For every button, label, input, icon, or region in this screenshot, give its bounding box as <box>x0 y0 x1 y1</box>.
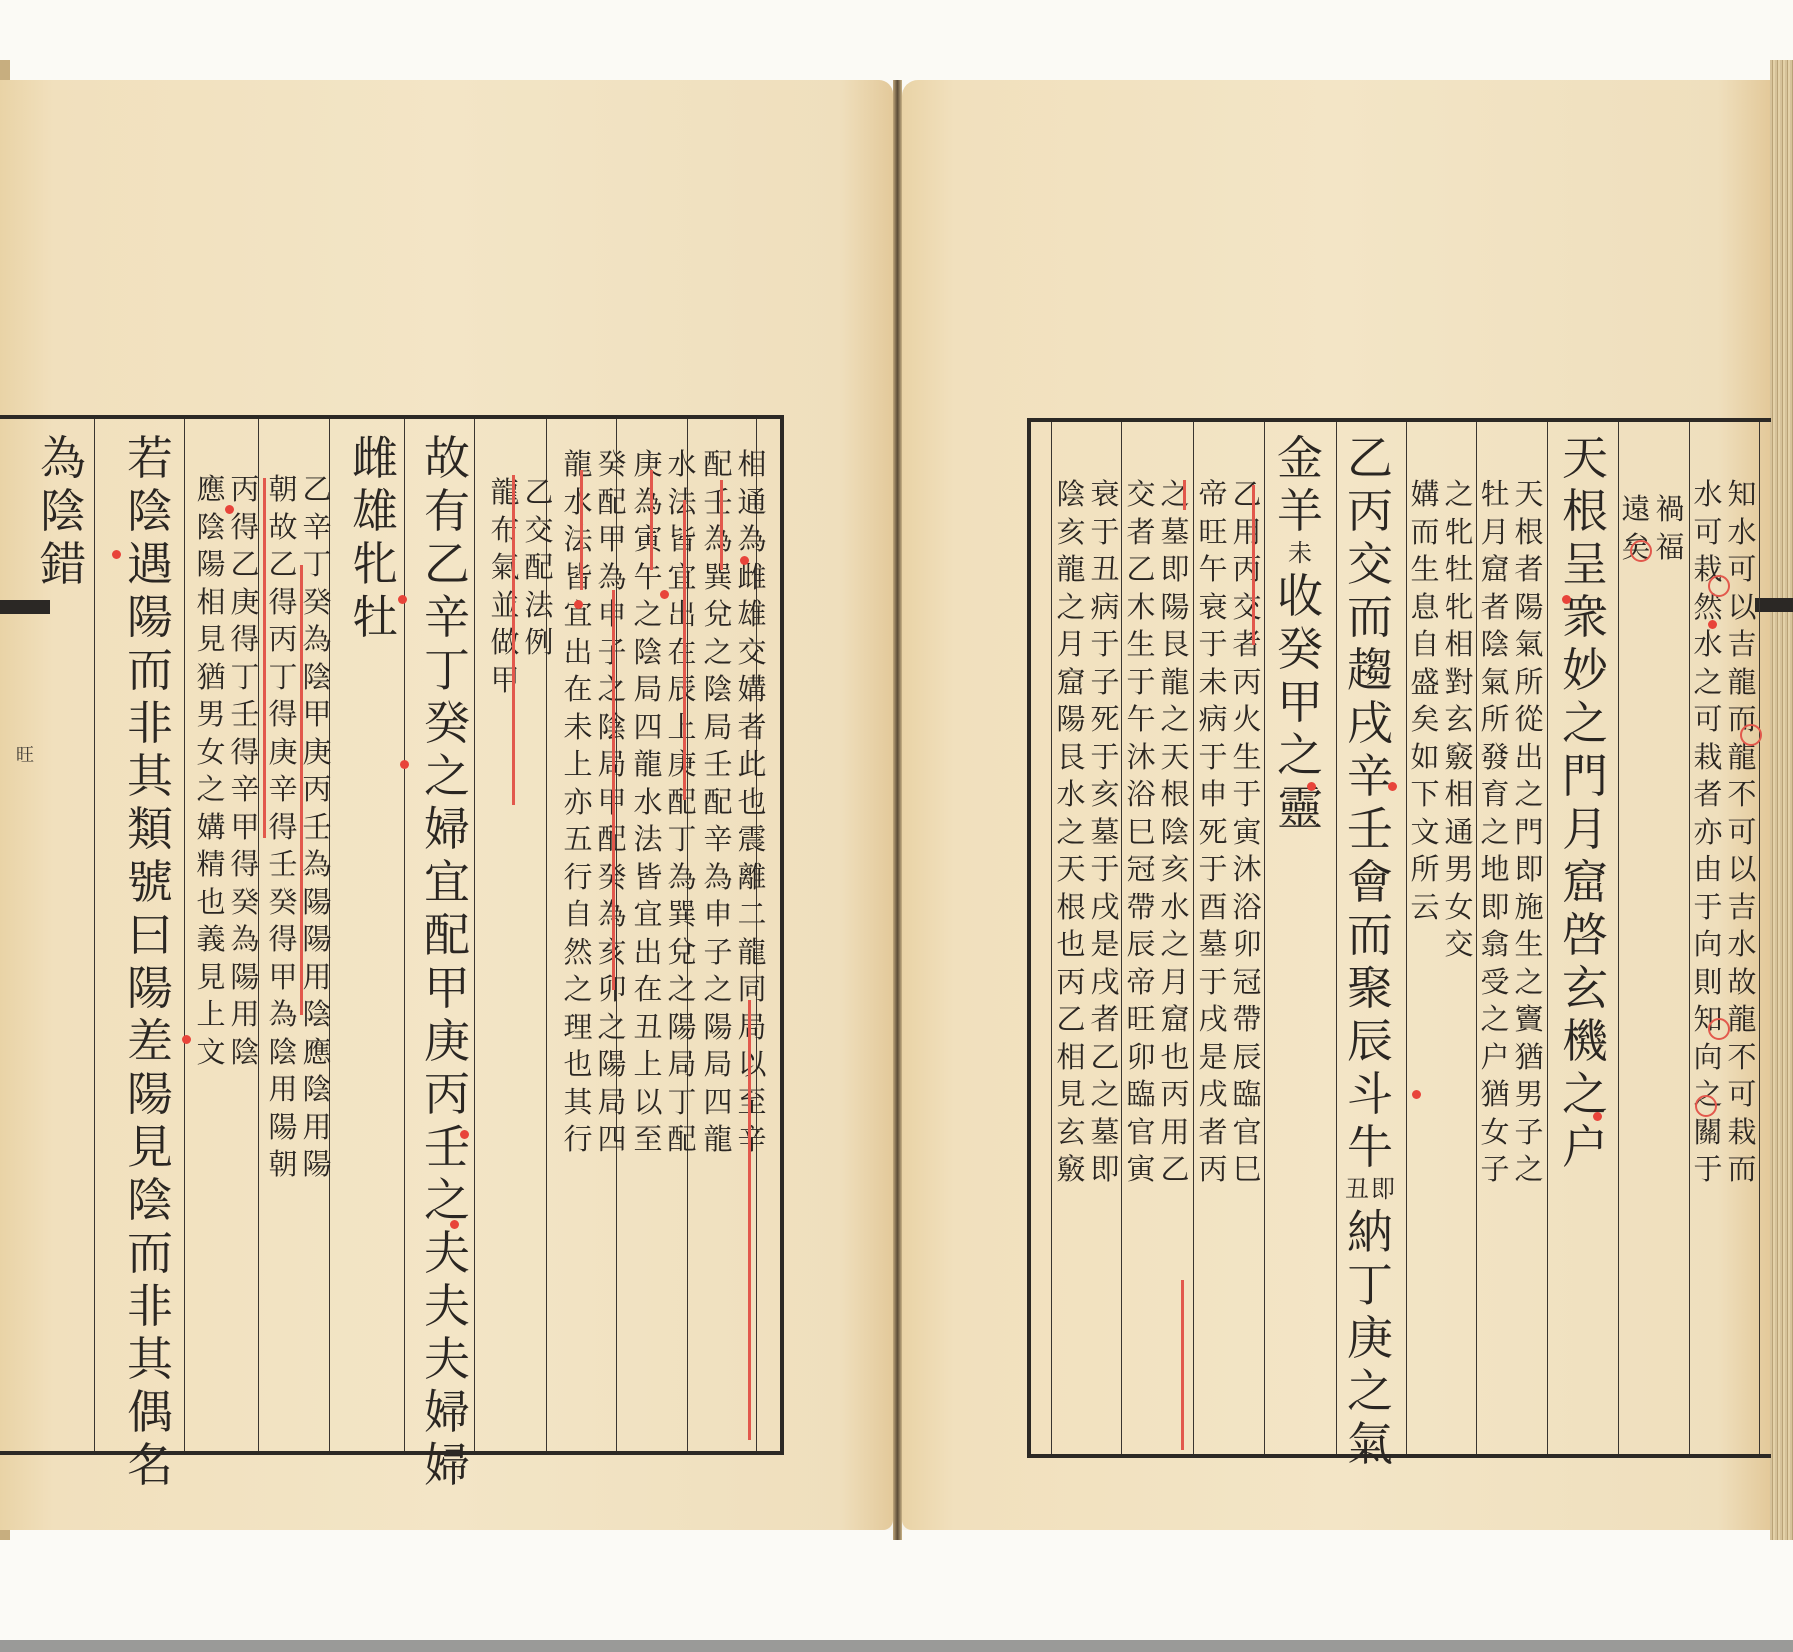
red-circle-mark <box>1740 724 1762 746</box>
red-proper-noun-line <box>612 590 615 990</box>
glyph: 同 <box>737 975 766 1013</box>
glyph: 根 <box>1056 893 1085 931</box>
glyph: 媾 <box>196 813 225 851</box>
glyph: 法 <box>667 488 696 526</box>
glyph: 在 <box>667 638 696 676</box>
glyph: 水 <box>1727 930 1756 968</box>
glyph: 為 <box>703 863 732 901</box>
glyph: 門 <box>1514 818 1543 856</box>
glyph: 竅 <box>1056 1155 1085 1193</box>
glyph: 受 <box>1480 968 1509 1006</box>
glyph: 陽 <box>127 1071 173 1124</box>
glyph: 云 <box>1410 893 1439 931</box>
glyph: 出 <box>563 638 592 676</box>
glyph: 皆 <box>563 563 592 601</box>
glyph: 施 <box>1514 893 1543 931</box>
commentary-subline: 乙辛丁癸為陰甲庚丙壬為陽陽用陰應陰用陽 <box>300 475 334 1188</box>
glyph: 陽 <box>302 888 331 926</box>
glyph: 竅 <box>1444 743 1473 781</box>
glyph: 辛 <box>737 1125 766 1163</box>
red-proper-noun-line <box>512 475 515 805</box>
glyph: 育 <box>1480 780 1509 818</box>
glyph: 故 <box>268 513 297 551</box>
red-dot <box>1708 620 1717 629</box>
glyph: 陽 <box>127 594 173 647</box>
commentary-column: 癸配甲為申子之陰局甲配癸為亥卯之陽局四龍水法皆宜出在未上亦五行自然之理也其行 <box>561 450 629 1163</box>
glyph: 于 <box>1693 893 1722 931</box>
glyph: 者 <box>1480 593 1509 631</box>
glyph: 可 <box>1693 518 1722 556</box>
glyph: 震 <box>737 825 766 863</box>
glyph: 向 <box>1693 1043 1722 1081</box>
commentary-column: 衰于丑病于子死于亥墓于戌是戌者乙之墓即陰亥龍之月窟陽艮水之天根也丙乙相見玄竅 <box>1054 480 1122 1193</box>
glyph: 乙 <box>1056 1005 1085 1043</box>
glyph: 以 <box>1727 593 1756 631</box>
glyph: 庚 <box>230 588 259 626</box>
glyph: 月 <box>1562 806 1608 859</box>
commentary-column: 禍福遠矣 <box>1619 495 1687 570</box>
red-proper-noun-line <box>263 478 266 838</box>
glyph: 玄 <box>1444 705 1473 743</box>
glyph: 癸 <box>268 888 297 926</box>
glyph: 之 <box>1347 1368 1393 1421</box>
commentary-subline: 陰亥龍之月窟陽艮水之天根也丙乙相見玄竅 <box>1054 480 1088 1193</box>
background-strip <box>0 1640 1793 1652</box>
glyph: 之 <box>424 753 470 806</box>
glyph: 于 <box>1198 743 1227 781</box>
glyph: 夫 <box>424 1283 470 1336</box>
glyph: 于 <box>1126 668 1155 706</box>
glyph: 女 <box>196 738 225 776</box>
glyph: 上 <box>633 1050 662 1088</box>
glyph: 甲 <box>597 525 626 563</box>
glyph: 下 <box>1410 780 1439 818</box>
glyph: 機 <box>1562 1018 1608 1071</box>
glyph: 氣 <box>1514 630 1543 668</box>
glyph: 陽 <box>1056 705 1085 743</box>
glyph: 乙 <box>230 550 259 588</box>
glyph: 通 <box>1444 818 1473 856</box>
commentary-subline: 水法皆宜出在辰上庚配丁為巽兌之陽局丁配 <box>665 450 699 1163</box>
glyph: 沐 <box>1126 743 1155 781</box>
glyph: 帝 <box>1126 968 1155 1006</box>
commentary-subline: 龍布氣並做甲 <box>488 478 522 703</box>
glyph: 月 <box>1160 968 1189 1006</box>
background-bottom <box>0 1530 1793 1652</box>
commentary-subline: 乙交配法例 <box>522 478 556 666</box>
glyph: 丙 <box>1347 488 1393 541</box>
glyph: 以 <box>1727 855 1756 893</box>
glyph: 牡 <box>1444 555 1473 593</box>
glyph: 墓 <box>1090 818 1119 856</box>
glyph: 之 <box>1090 1080 1119 1118</box>
commentary-subline: 天根者陽氣所從出之門即施生之竇猶男子之 <box>1512 480 1546 1193</box>
glyph: 戌 <box>1090 893 1119 931</box>
commentary-subline: 禍福 <box>1653 495 1687 570</box>
commentary-subline: 龍水法皆宜出在未上亦五行自然之理也其行 <box>561 450 595 1163</box>
glyph: 丑 <box>633 1013 662 1051</box>
glyph: 子 <box>703 938 732 976</box>
glyph: 水 <box>633 788 662 826</box>
glyph: 死 <box>1090 705 1119 743</box>
glyph: 之 <box>1514 780 1543 818</box>
glyph: 即 <box>1514 855 1543 893</box>
glyph: 乙 <box>302 475 331 513</box>
glyph: 為 <box>633 488 662 526</box>
glyph: 牝 <box>352 541 398 594</box>
glyph: 之 <box>563 975 592 1013</box>
glyph: 衰 <box>1090 480 1119 518</box>
glyph: 之 <box>424 1177 470 1230</box>
glyph: 戌 <box>1198 1005 1227 1043</box>
glyph: 陰 <box>230 1038 259 1076</box>
glyph: 卯 <box>1126 1043 1155 1081</box>
glyph: 陽 <box>196 550 225 588</box>
glyph: 差 <box>127 1018 173 1071</box>
commentary-subline: 乙用丙交者丙火生于寅沐浴卯冠帶辰臨官巳 <box>1230 480 1264 1193</box>
red-dot <box>400 760 409 769</box>
commentary-subline: 朝故乙得丙丁得庚辛得壬癸得甲為陰用陽朝 <box>266 475 300 1188</box>
red-dot <box>398 595 407 604</box>
glyph: 朝 <box>268 1150 297 1188</box>
glyph: 如 <box>1410 743 1439 781</box>
glyph: 至 <box>633 1125 662 1163</box>
glyph: 用 <box>268 1075 297 1113</box>
glyph: 龍 <box>1727 668 1756 706</box>
glyph: 陽 <box>597 1050 626 1088</box>
glyph: 子 <box>1514 1118 1543 1156</box>
glyph: 所 <box>1410 855 1439 893</box>
red-circle-mark <box>1630 540 1652 562</box>
glyph: 于 <box>1090 518 1119 556</box>
red-dot <box>574 600 583 609</box>
background-top <box>0 0 1793 90</box>
glyph: 是 <box>1090 930 1119 968</box>
glyph: 相 <box>1444 780 1473 818</box>
glyph: 水 <box>667 450 696 488</box>
glyph: 門 <box>1562 753 1608 806</box>
glyph: 也 <box>737 788 766 826</box>
glyph: 病 <box>1090 593 1119 631</box>
glyph: 乙 <box>1160 1155 1189 1193</box>
glyph: 衰 <box>1198 593 1227 631</box>
glyph: 于 <box>1693 1155 1722 1193</box>
commentary-column: 天根者陽氣所從出之門即施生之竇猶男子之牡月窟者陰氣所發育之地即翕受之户猶女子 <box>1478 480 1546 1193</box>
glyph: 見 <box>196 625 225 663</box>
glyph: 陰 <box>703 675 732 713</box>
glyph: 夫 <box>424 1336 470 1389</box>
glyph: 龍 <box>633 750 662 788</box>
main-text-column: 金羊未收癸甲之靈 <box>1274 435 1326 838</box>
glyph: 乙 <box>1090 1043 1119 1081</box>
glyph: 丁 <box>667 825 696 863</box>
glyph: 月 <box>1480 518 1509 556</box>
glyph: 丁 <box>424 647 470 700</box>
glyph: 斗 <box>1347 1071 1393 1124</box>
glyph: 四 <box>597 1125 626 1163</box>
glyph: 類 <box>127 806 173 859</box>
glyph: 者 <box>1514 555 1543 593</box>
commentary-column: 乙交配法例龍布氣並做甲 <box>488 478 556 703</box>
glyph: 婦 <box>424 1389 470 1442</box>
red-dot <box>1412 1090 1421 1099</box>
glyph: 相 <box>1444 630 1473 668</box>
glyph: 酉 <box>1198 893 1227 931</box>
glyph: 在 <box>563 675 592 713</box>
glyph: 其 <box>563 1088 592 1126</box>
glyph: 福 <box>1655 533 1684 571</box>
glyph: 兌 <box>667 938 696 976</box>
glyph: 户 <box>1562 1124 1608 1177</box>
glyph: 為 <box>40 435 86 488</box>
glyph: 生 <box>1514 930 1543 968</box>
glyph: 冠 <box>1232 968 1261 1006</box>
glyph: 女 <box>1480 1118 1509 1156</box>
glyph: 水 <box>1160 893 1189 931</box>
glyph: 並 <box>490 591 519 629</box>
glyph: 竇 <box>1514 1005 1543 1043</box>
glyph: 夫 <box>424 1230 470 1283</box>
glyph: 文 <box>196 1038 225 1076</box>
glyph: 自 <box>563 900 592 938</box>
commentary-subline: 之墓即陽艮龍之天根陰亥水之月窟也丙用乙 <box>1158 480 1192 1193</box>
glyph: 牡 <box>1480 480 1509 518</box>
glyph: 臨 <box>1232 1080 1261 1118</box>
glyph: 官 <box>1232 1118 1261 1156</box>
glyph: 丑 <box>1090 555 1119 593</box>
commentary-subline: 衰于丑病于子死于亥墓于戌是戌者乙之墓即 <box>1088 480 1122 1193</box>
glyph: 得 <box>230 625 259 663</box>
glyph: 猶 <box>1514 1043 1543 1081</box>
glyph: 即 <box>1160 555 1189 593</box>
glyph: 局 <box>667 1050 696 1088</box>
glyph: 巳 <box>1232 1155 1261 1193</box>
glyph: 宜 <box>424 859 470 912</box>
glyph: 是 <box>1198 1043 1227 1081</box>
glyph: 會 <box>1347 859 1393 912</box>
glyph: 窟 <box>1480 555 1509 593</box>
glyph: 陰 <box>1160 818 1189 856</box>
glyph: 行 <box>563 863 592 901</box>
glyph: 局 <box>703 1050 732 1088</box>
glyph: 帝 <box>1198 480 1227 518</box>
main-text-column: 天根呈衆妙之門月窟啓玄機之户 <box>1559 435 1611 1177</box>
glyph: 而 <box>127 1230 173 1283</box>
glyph: 得 <box>268 588 297 626</box>
glyph: 于 <box>1198 968 1227 1006</box>
glyph: 之 <box>196 775 225 813</box>
book-spine <box>893 80 902 1540</box>
glyph: 發 <box>1480 743 1509 781</box>
glyph: 于 <box>1232 780 1261 818</box>
glyph: 所 <box>1480 705 1509 743</box>
glyph: 窟 <box>1562 859 1608 912</box>
glyph: 丁 <box>302 550 331 588</box>
glyph: 非 <box>127 700 173 753</box>
glyph: 丙 <box>1232 668 1261 706</box>
glyph: 午 <box>1126 705 1155 743</box>
glyph: 旺 <box>1198 518 1227 556</box>
glyph: 可 <box>1727 818 1756 856</box>
glyph: 陰 <box>268 1038 297 1076</box>
glyph: 墓 <box>1198 930 1227 968</box>
commentary-column: 之墓即陽艮龍之天根陰亥水之月窟也丙用乙交者乙木生于午沐浴巳冠帶辰帝旺卯臨官寅 <box>1124 480 1192 1193</box>
glyph: 玄 <box>1562 965 1608 1018</box>
glyph: 所 <box>1514 668 1543 706</box>
glyph: 官 <box>1126 1118 1155 1156</box>
red-circle-mark <box>1708 575 1730 597</box>
glyph: 生 <box>1232 743 1261 781</box>
glyph: 壬 <box>302 813 331 851</box>
glyph: 巳 <box>1126 818 1155 856</box>
glyph: 亦 <box>1693 818 1722 856</box>
glyph: 出 <box>667 600 696 638</box>
glyph: 丙 <box>1160 1080 1189 1118</box>
glyph: 者 <box>1198 1118 1227 1156</box>
glyph: 局 <box>597 1088 626 1126</box>
glyph: 名 <box>127 1442 173 1495</box>
glyph: 户 <box>1480 1043 1509 1081</box>
glyph: 辛 <box>302 513 331 551</box>
glyph: 禍 <box>1655 495 1684 533</box>
glyph: 上 <box>196 1000 225 1038</box>
glyph: 丁 <box>230 663 259 701</box>
glyph: 病 <box>1198 705 1227 743</box>
glyph: 庚 <box>268 738 297 776</box>
glyph: 辛 <box>230 775 259 813</box>
glyph: 從 <box>1514 705 1543 743</box>
glyph: 于 <box>1090 855 1119 893</box>
glyph: 辰 <box>1232 1043 1261 1081</box>
glyph: 庚 <box>1347 1315 1393 1368</box>
commentary-column: 相通為雌雄交媾者此也震離二龍同局以至辛配壬為巽兌之陰局壬配辛為申子之陽局四龍 <box>701 450 769 1163</box>
red-circle-mark <box>1695 1095 1717 1117</box>
glyph: 局 <box>737 1013 766 1051</box>
glyph: 辛 <box>1347 753 1393 806</box>
glyph: 申 <box>703 900 732 938</box>
glyph: 息 <box>1410 593 1439 631</box>
glyph: 媾 <box>1410 480 1439 518</box>
glyph: 而 <box>1347 912 1393 965</box>
glyph: 之 <box>633 600 662 638</box>
glyph: 丙 <box>424 1071 470 1124</box>
glyph: 配 <box>667 788 696 826</box>
glyph: 知 <box>1727 480 1756 518</box>
glyph: 甲 <box>302 700 331 738</box>
glyph: 翕 <box>1480 930 1509 968</box>
glyph: 局 <box>703 713 732 751</box>
glyph: 至 <box>737 1088 766 1126</box>
glyph: 啓 <box>1562 912 1608 965</box>
glyph: 而 <box>127 647 173 700</box>
glyph: 未 <box>563 713 592 751</box>
glyph: 呈 <box>1562 541 1608 594</box>
glyph: 陽 <box>230 963 259 1001</box>
glyph: 此 <box>737 750 766 788</box>
glyph: 之 <box>1444 480 1473 518</box>
glyph: 根 <box>1160 780 1189 818</box>
glyph: 四 <box>633 713 662 751</box>
glyph: 火 <box>1232 705 1261 743</box>
glyph: 龍 <box>1160 668 1189 706</box>
red-proper-noun-line <box>300 565 303 1015</box>
glyph: 雌 <box>352 435 398 488</box>
glyph: 陽 <box>1160 593 1189 631</box>
glyph: 龍 <box>1727 743 1756 781</box>
red-proper-noun-line <box>720 480 723 570</box>
glyph: 然 <box>563 938 592 976</box>
glyph: 午 <box>1198 555 1227 593</box>
glyph: 可 <box>1727 1080 1756 1118</box>
right-page-stack-edge <box>1770 60 1793 1540</box>
glyph: 玄 <box>1056 1118 1085 1156</box>
glyph: 丁 <box>1347 1262 1393 1315</box>
glyph: 甲 <box>424 965 470 1018</box>
glyph: 用 <box>302 963 331 1001</box>
glyph: 離 <box>737 863 766 901</box>
glyph: 龍 <box>490 478 519 516</box>
glyph: 壬 <box>703 488 732 526</box>
red-dot <box>225 505 234 514</box>
glyph: 丁 <box>667 1088 696 1126</box>
glyph: 艮 <box>1056 743 1085 781</box>
glyph: 亥 <box>1056 518 1085 556</box>
glyph: 相 <box>196 588 225 626</box>
glyph: 戌 <box>1090 968 1119 1006</box>
glyph: 之 <box>1693 668 1722 706</box>
glyph: 其 <box>127 753 173 806</box>
glyph: 窟 <box>1160 1005 1189 1043</box>
glyph: 用 <box>230 1000 259 1038</box>
glyph: 男 <box>1514 1080 1543 1118</box>
glyph: 浴 <box>1126 780 1155 818</box>
glyph: 例 <box>524 628 553 666</box>
glyph: 丙 <box>1232 555 1261 593</box>
glyph: 用 <box>1232 518 1261 556</box>
main-text-column: 故有乙辛丁癸之婦宜配甲庚丙壬之夫夫夫婦婦 <box>421 435 473 1495</box>
glyph: 金 <box>1277 435 1323 488</box>
glyph: 也 <box>563 1050 592 1088</box>
glyph: 甲 <box>230 813 259 851</box>
glyph: 見 <box>196 963 225 1001</box>
glyph: 為 <box>302 625 331 663</box>
commentary-column: 水法皆宜出在辰上庚配丁為巽兌之陽局丁配庚為寅午之陰局四龍水法皆宜出在丑上以至 <box>631 450 699 1163</box>
glyph: 天 <box>1160 743 1189 781</box>
glyph: 相 <box>737 450 766 488</box>
glyph: 得 <box>268 813 297 851</box>
glyph: 男 <box>196 700 225 738</box>
glyph: 婦 <box>424 806 470 859</box>
glyph: 牡 <box>352 594 398 647</box>
glyph: 應 <box>196 475 225 513</box>
commentary-subline: 牡月窟者陰氣所發育之地即翕受之户猶女子 <box>1478 480 1512 1193</box>
glyph: 之 <box>667 975 696 1013</box>
glyph: 用 <box>302 1113 331 1151</box>
glyph: 巽 <box>703 563 732 601</box>
glyph: 非 <box>127 1283 173 1336</box>
glyph: 壬 <box>703 750 732 788</box>
glyph: 配 <box>524 553 553 591</box>
commentary-subline: 交者乙木生于午沐浴巳冠帶辰帝旺卯臨官寅 <box>1124 480 1158 1193</box>
glyph: 死 <box>1198 818 1227 856</box>
glyph: 帶 <box>1126 893 1155 931</box>
red-dot <box>1388 782 1397 791</box>
glyph: 見 <box>127 1124 173 1177</box>
glyph: 雌 <box>737 563 766 601</box>
glyph: 交 <box>524 516 553 554</box>
glyph: 者 <box>1232 630 1261 668</box>
red-dot <box>660 590 669 599</box>
